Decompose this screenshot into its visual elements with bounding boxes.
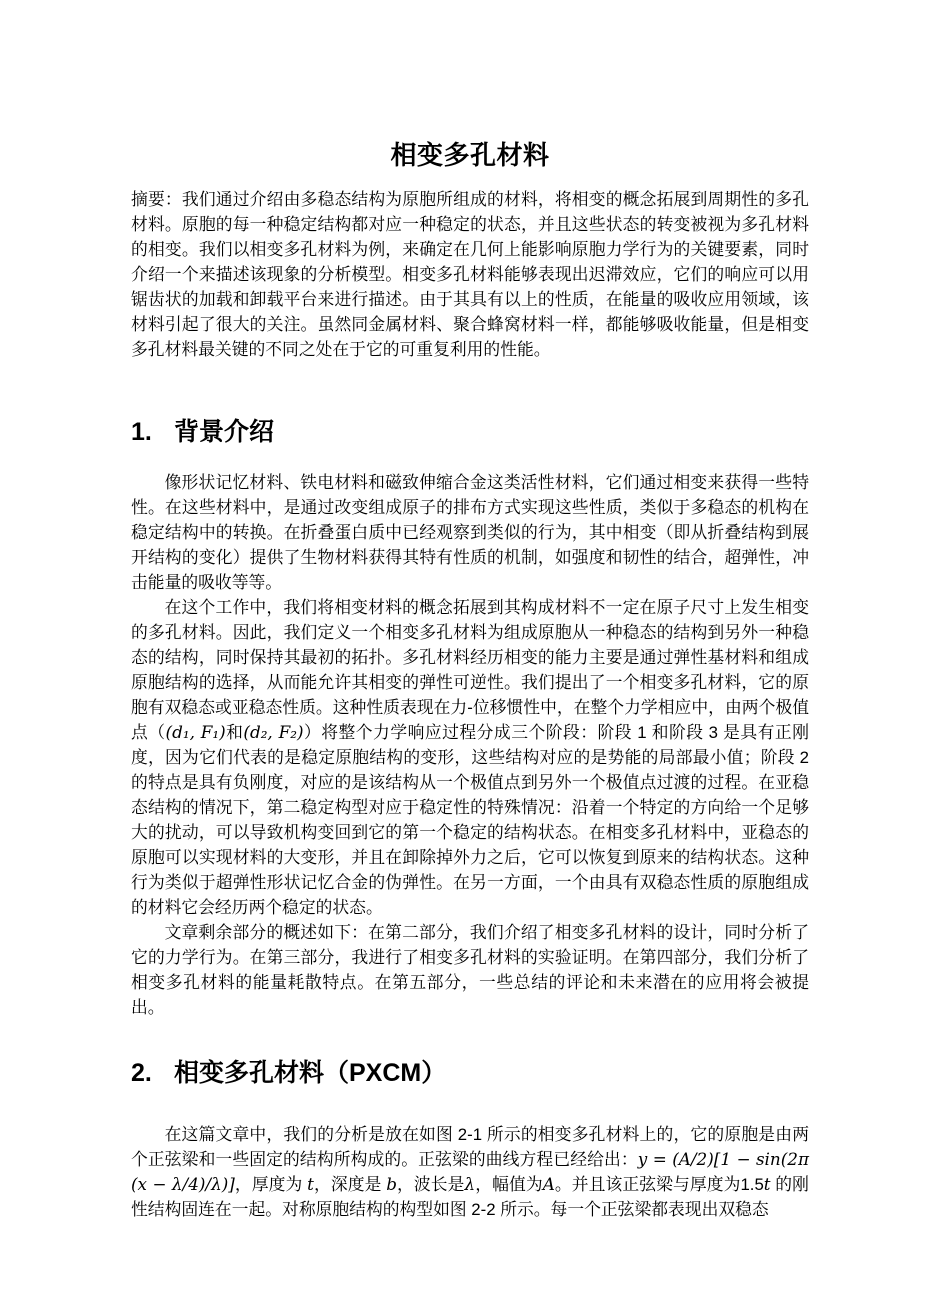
math-thickness-t: t (307, 1174, 314, 1194)
paragraph-text-segment: ，厚度为 (235, 1175, 307, 1194)
paragraph-text-segment: 。并且该正弦梁与厚度为1.5 (555, 1175, 764, 1194)
section-1-number: 1. (131, 417, 174, 447)
section-2-number: 2. (131, 1058, 174, 1088)
section-2-paragraph-1: 在这篇文章中，我们的分析是放在如图 2-1 所示的相变多孔材料上的，它的原胞是由… (131, 1122, 809, 1222)
section-2-heading: 2.相变多孔材料（PXCM） (131, 1058, 809, 1088)
section-1-paragraph-1: 像形状记忆材料、铁电材料和磁致伸缩合金这类活性材料，它们通过相变来获得一些特性。… (131, 470, 809, 595)
paragraph-text-segment: ，幅值为 (475, 1175, 543, 1194)
section-1-heading: 1.背景介绍 (131, 417, 809, 447)
math-thickness-t: t (764, 1174, 771, 1194)
paragraph-text-segment: 和 (226, 723, 244, 742)
document-page: 相变多孔材料 摘要：我们通过介绍由多稳态结构为原胞所组成的材料，将相变的概念拓展… (0, 0, 926, 1309)
math-wavelength-lambda: λ (465, 1174, 476, 1194)
section-2-title: 相变多孔材料（PXCM） (174, 1059, 446, 1087)
paragraph-text-segment: ，深度是 (314, 1175, 386, 1194)
paragraph-text-segment: ，波长是 (397, 1175, 465, 1194)
math-amplitude-A: A (543, 1174, 555, 1194)
section-1-paragraph-2: 在这个工作中，我们将相变材料的概念拓展到其构成材料不一定在原子尺寸上发生相变的多… (131, 595, 809, 920)
paragraph-text-segment: 在这个工作中，我们将相变材料的概念拓展到其构成材料不一定在原子尺寸上发生相变的多… (131, 598, 809, 742)
abstract-paragraph: 摘要：我们通过介绍由多稳态结构为原胞所组成的材料，将相变的概念拓展到周期性的多孔… (131, 187, 809, 362)
document-content: 相变多孔材料 摘要：我们通过介绍由多稳态结构为原胞所组成的材料，将相变的概念拓展… (131, 0, 809, 1222)
math-extremum-point-1: (d₁, F₁) (166, 722, 226, 742)
document-title: 相变多孔材料 (131, 0, 809, 170)
paragraph-text-segment: ）将整个力学响应过程分成三个阶段：阶段 1 和阶段 3 是具有正刚度，因为它们代… (131, 723, 809, 917)
math-depth-b: b (386, 1174, 397, 1194)
math-extremum-point-2: (d₂, F₂) (243, 722, 303, 742)
section-1-paragraph-3: 文章剩余部分的概述如下：在第二部分，我们介绍了相变多孔材料的设计，同时分析了它的… (131, 920, 809, 1020)
section-1-title: 背景介绍 (174, 418, 274, 446)
